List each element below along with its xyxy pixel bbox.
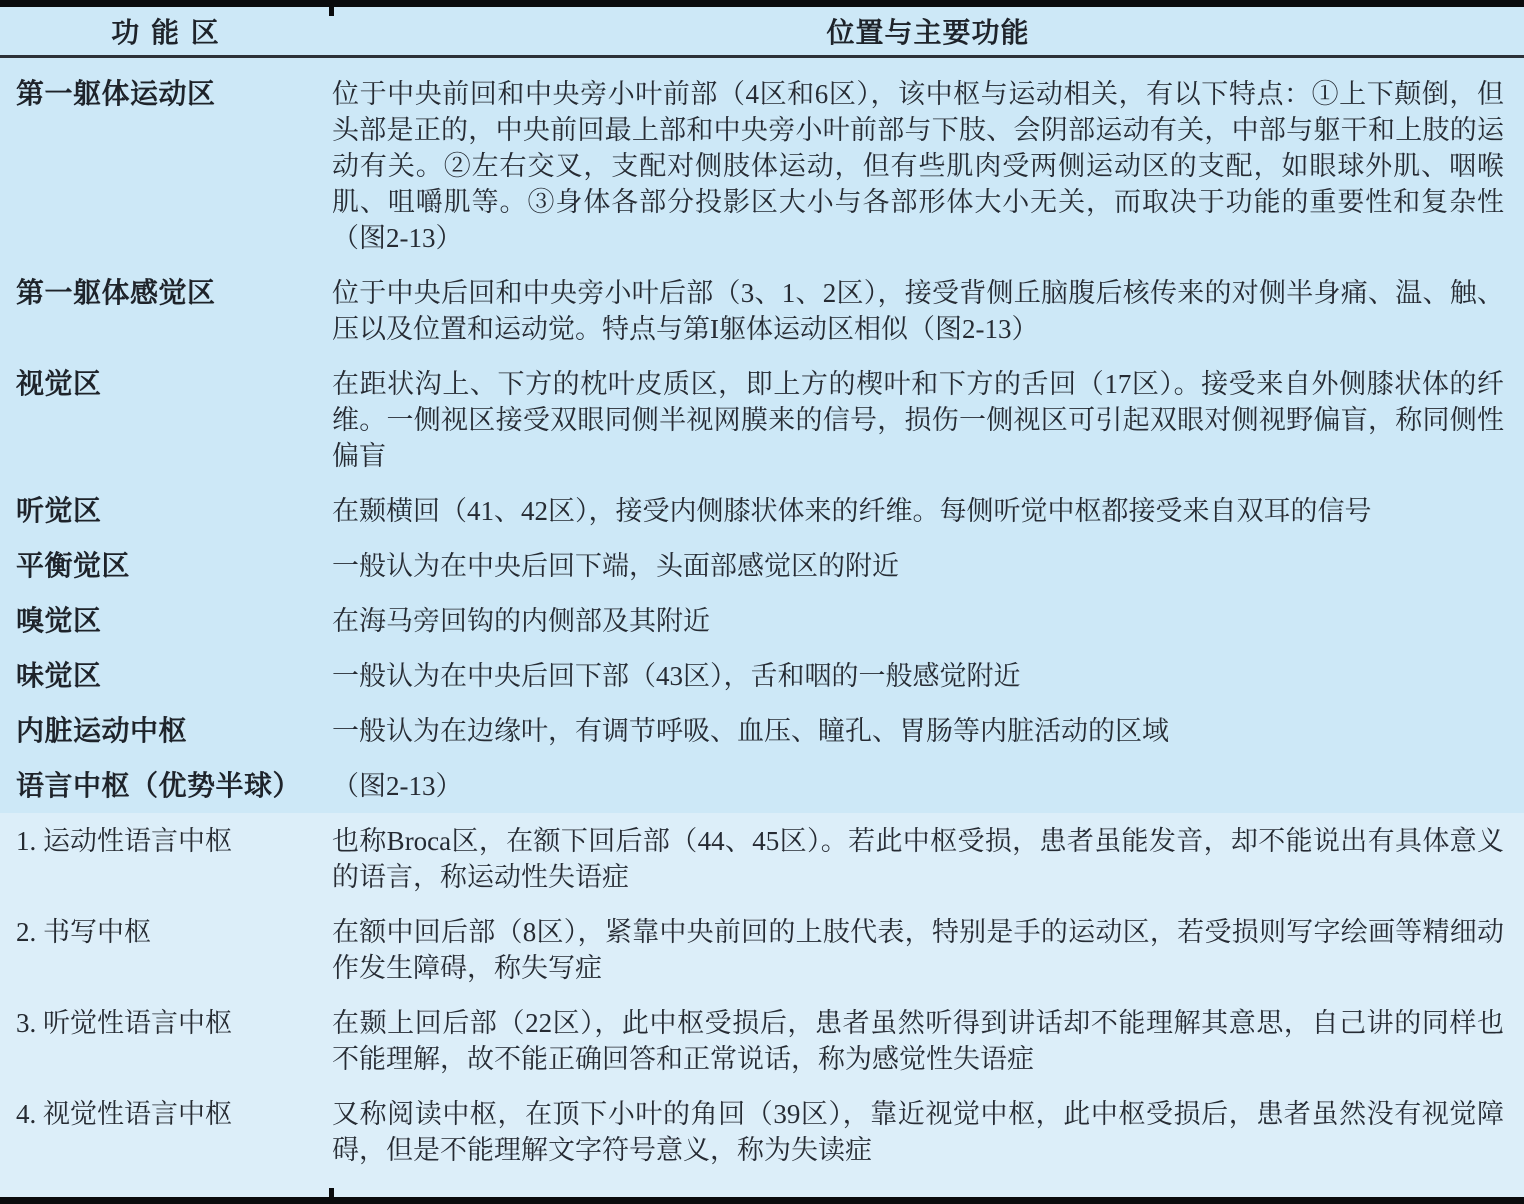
- row-label: 听觉区: [0, 493, 332, 529]
- row-description: 位于中央后回和中央旁小叶后部（3、1、2区），接受背侧丘脑腹后核传来的对侧半身痛…: [332, 275, 1524, 347]
- table-row: 视觉区 在距状沟上、下方的枕叶皮质区，即上方的楔叶和下方的舌回（17区）。接受来…: [0, 356, 1524, 483]
- top-rule: [0, 0, 1524, 7]
- row-description: 位于中央前回和中央旁小叶前部（4区和6区），该中枢与运动相关，有以下特点：①上下…: [332, 76, 1524, 256]
- row-label: 2. 书写中枢: [0, 914, 332, 950]
- table-row: 嗅觉区 在海马旁回钩的内侧部及其附近: [0, 593, 1524, 648]
- row-description: （图2-13）: [332, 768, 1524, 804]
- column-header-function-area: 功 能 区: [0, 11, 332, 51]
- column-divider-tick-bottom: [329, 1188, 334, 1197]
- table-header-row: 功 能 区 位置与主要功能: [0, 7, 1524, 55]
- functional-areas-table: 功 能 区 位置与主要功能 第一躯体运动区 位于中央前回和中央旁小叶前部（4区和…: [0, 0, 1524, 1204]
- table-row: 3. 听觉性语言中枢 在颞上回后部（22区），此中枢受损后，患者虽然听得到讲话却…: [0, 995, 1524, 1086]
- row-label: 内脏运动中枢: [0, 713, 332, 749]
- table-row: 语言中枢（优势半球） （图2-13）: [0, 758, 1524, 813]
- table-row: 听觉区 在颞横回（41、42区），接受内侧膝状体来的纤维。每侧听觉中枢都接受来自…: [0, 483, 1524, 538]
- row-description: 在颞横回（41、42区），接受内侧膝状体来的纤维。每侧听觉中枢都接受来自双耳的信…: [332, 493, 1524, 529]
- row-description: 一般认为在中央后回下部（43区），舌和咽的一般感觉附近: [332, 658, 1524, 694]
- row-label: 4. 视觉性语言中枢: [0, 1096, 332, 1132]
- table-body-lower: 1. 运动性语言中枢 也称Broca区，在额下回后部（44、45区）。若此中枢受…: [0, 813, 1524, 1197]
- column-header-location-function: 位置与主要功能: [332, 11, 1524, 51]
- row-label: 嗅觉区: [0, 603, 332, 639]
- row-description: 在海马旁回钩的内侧部及其附近: [332, 603, 1524, 639]
- row-description: 一般认为在中央后回下端，头面部感觉区的附近: [332, 548, 1524, 584]
- table-row: 第一躯体运动区 位于中央前回和中央旁小叶前部（4区和6区），该中枢与运动相关，有…: [0, 66, 1524, 265]
- row-description: 又称阅读中枢，在顶下小叶的角回（39区），靠近视觉中枢，此中枢受损后，患者虽然没…: [332, 1096, 1524, 1168]
- table-row: 内脏运动中枢 一般认为在边缘叶，有调节呼吸、血压、瞳孔、胃肠等内脏活动的区域: [0, 703, 1524, 758]
- row-label: 语言中枢（优势半球）: [0, 768, 332, 804]
- row-label: 味觉区: [0, 658, 332, 694]
- row-label: 平衡觉区: [0, 548, 332, 584]
- column-divider-tick-top: [329, 7, 334, 16]
- row-description: 一般认为在边缘叶，有调节呼吸、血压、瞳孔、胃肠等内脏活动的区域: [332, 713, 1524, 749]
- row-label: 第一躯体运动区: [0, 76, 332, 112]
- table-row: 1. 运动性语言中枢 也称Broca区，在额下回后部（44、45区）。若此中枢受…: [0, 813, 1524, 904]
- row-description: 在额中回后部（8区），紧靠中央前回的上肢代表，特别是手的运动区，若受损则写字绘画…: [332, 914, 1524, 986]
- table-row: 2. 书写中枢 在额中回后部（8区），紧靠中央前回的上肢代表，特别是手的运动区，…: [0, 904, 1524, 995]
- row-description: 在颞上回后部（22区），此中枢受损后，患者虽然听得到讲话却不能理解其意思，自己讲…: [332, 1005, 1524, 1077]
- table-row: 第一躯体感觉区 位于中央后回和中央旁小叶后部（3、1、2区），接受背侧丘脑腹后核…: [0, 265, 1524, 356]
- row-label: 1. 运动性语言中枢: [0, 823, 332, 859]
- row-description: 也称Broca区，在额下回后部（44、45区）。若此中枢受损，患者虽能发音，却不…: [332, 823, 1524, 895]
- row-label: 视觉区: [0, 366, 332, 402]
- bottom-rule: [0, 1197, 1524, 1204]
- row-label: 第一躯体感觉区: [0, 275, 332, 311]
- table-body-upper: 第一躯体运动区 位于中央前回和中央旁小叶前部（4区和6区），该中枢与运动相关，有…: [0, 58, 1524, 813]
- row-label: 3. 听觉性语言中枢: [0, 1005, 332, 1041]
- table-row: 平衡觉区 一般认为在中央后回下端，头面部感觉区的附近: [0, 538, 1524, 593]
- row-description: 在距状沟上、下方的枕叶皮质区，即上方的楔叶和下方的舌回（17区）。接受来自外侧膝…: [332, 366, 1524, 474]
- table-row: 4. 视觉性语言中枢 又称阅读中枢，在顶下小叶的角回（39区），靠近视觉中枢，此…: [0, 1086, 1524, 1177]
- table-row: 味觉区 一般认为在中央后回下部（43区），舌和咽的一般感觉附近: [0, 648, 1524, 703]
